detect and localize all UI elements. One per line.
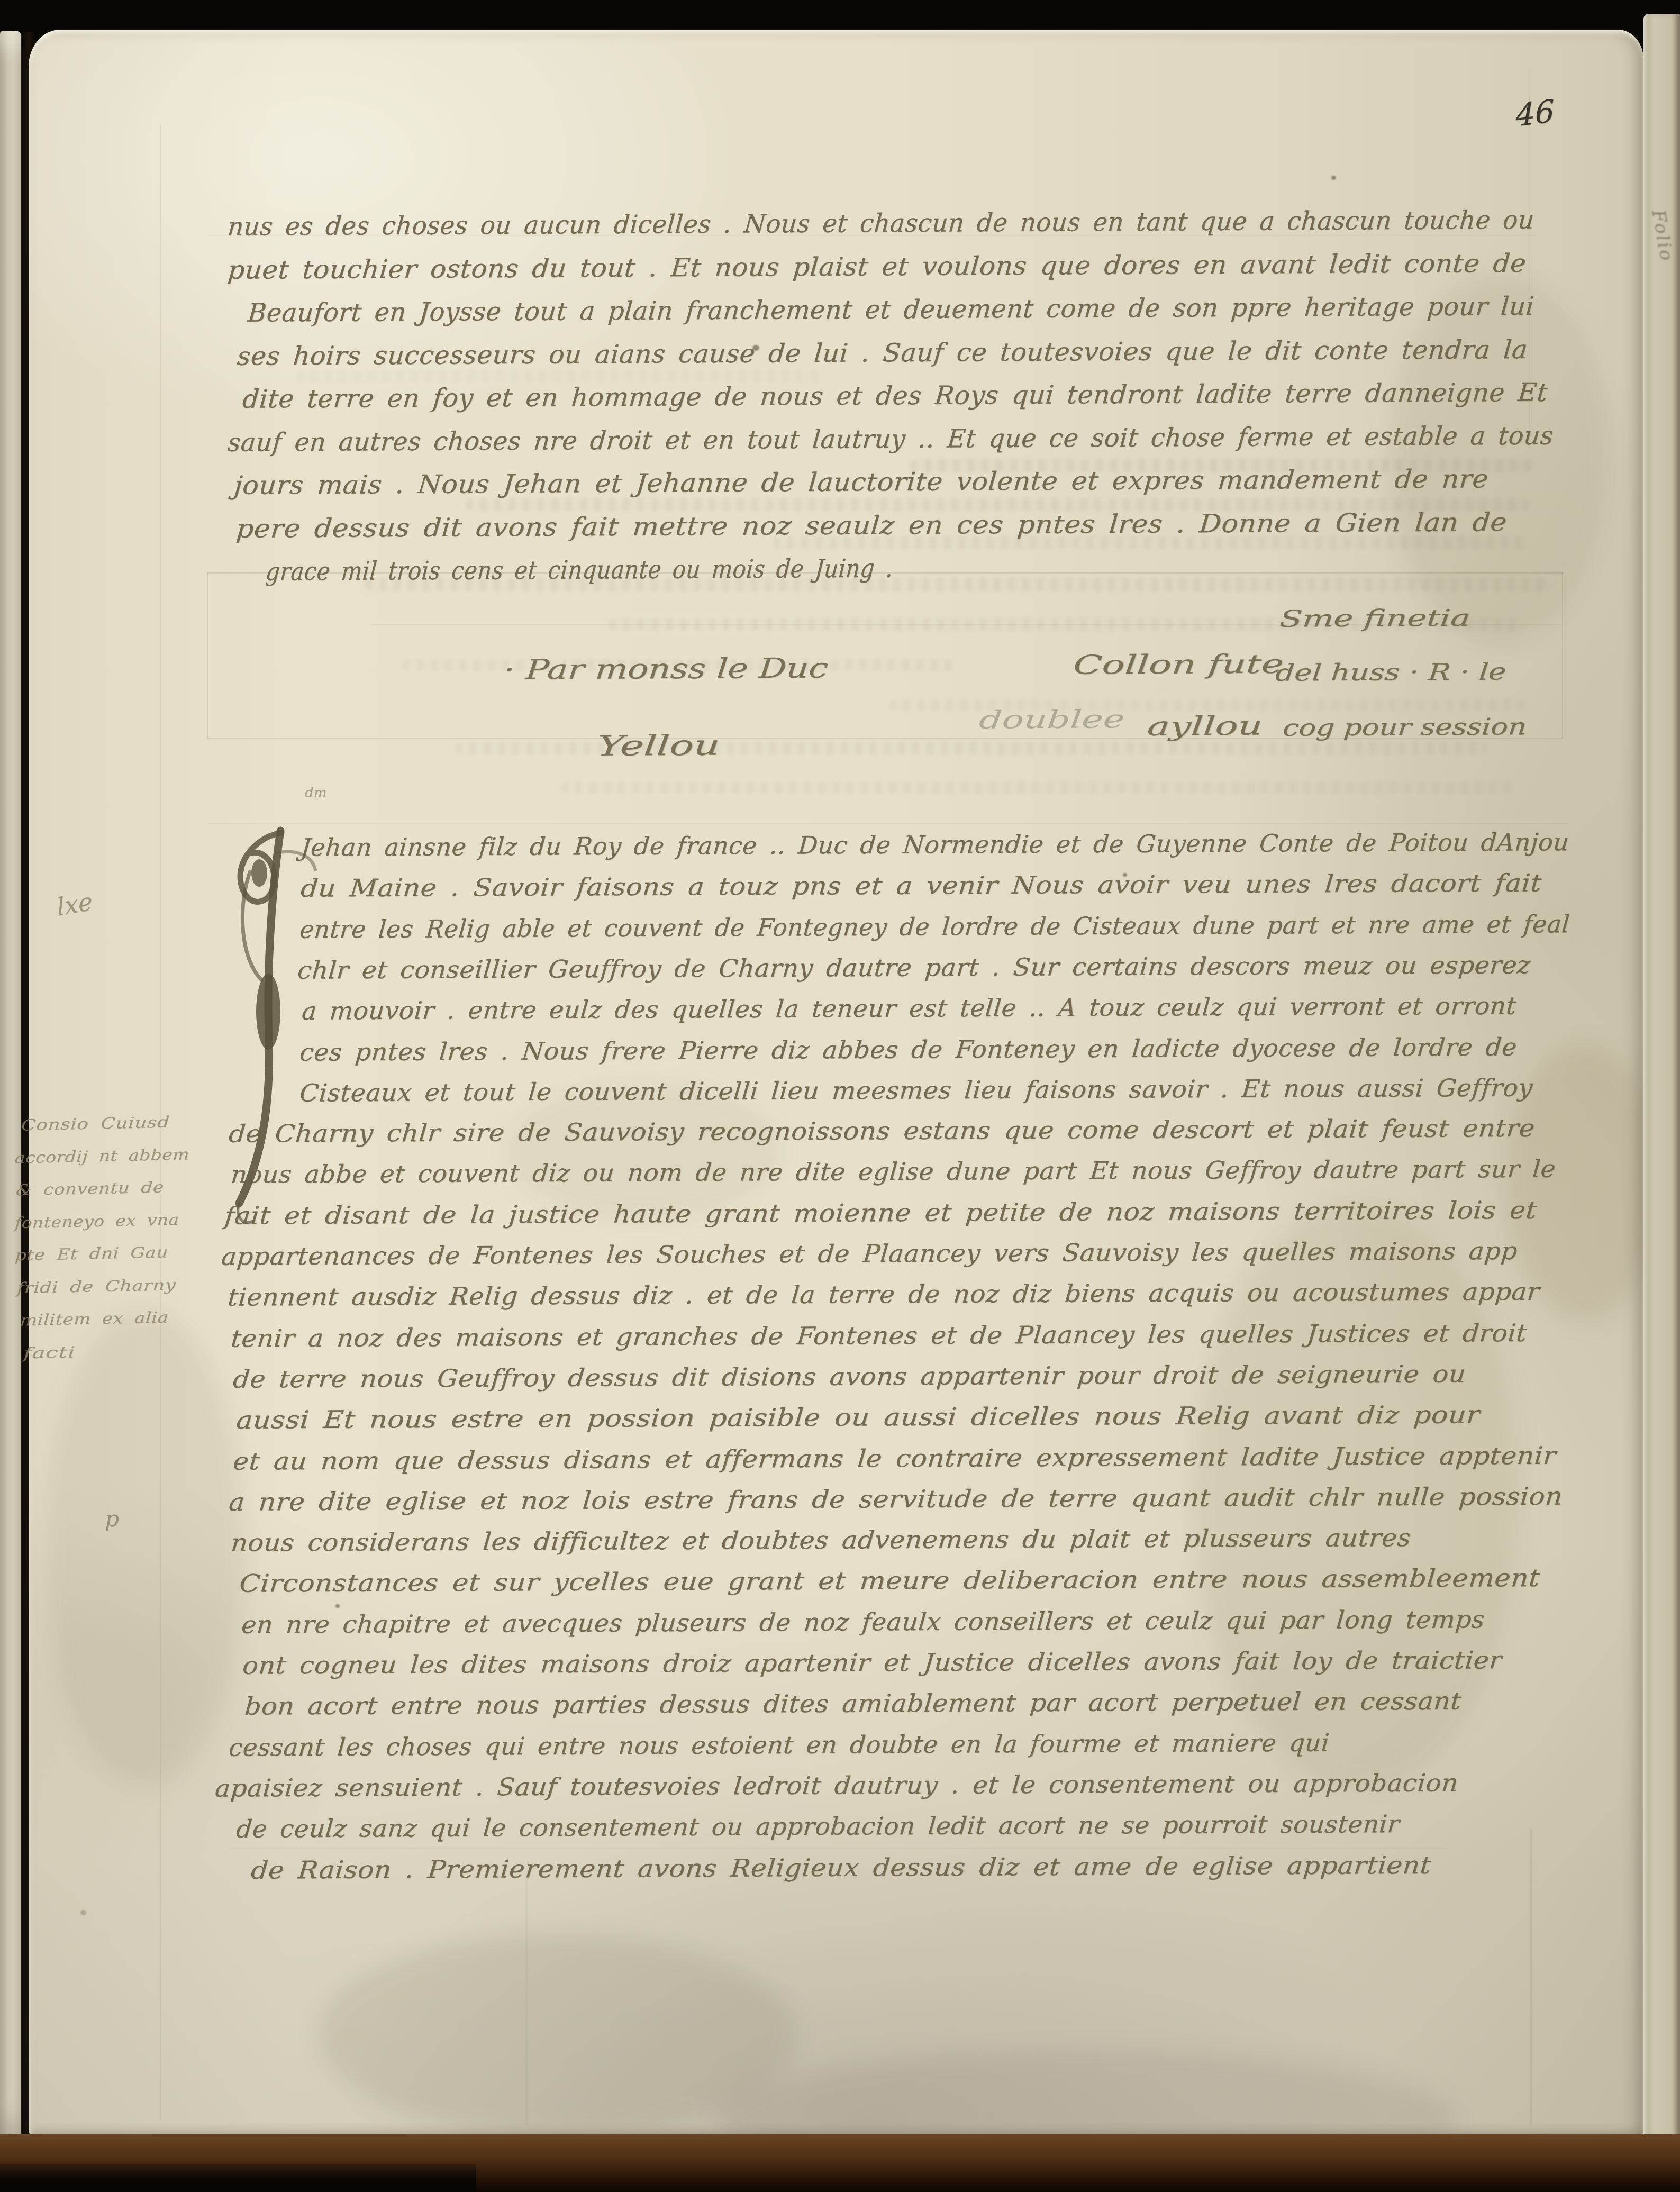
parchment-crease <box>526 1871 528 2125</box>
manuscript-line: puet touchier ostons du tout . Et nous p… <box>226 248 1528 285</box>
manuscript-photo: { "document": { "type": "medieval manusc… <box>0 0 1680 2192</box>
manuscript-line: fait et disant de la justice haute grant… <box>223 1196 1538 1230</box>
chancery-doublee-note: doublee <box>978 705 1125 734</box>
manuscript-line: Jehan ainsne filz du Roy de france .. Du… <box>299 828 1570 862</box>
ruling-line-horizontal <box>230 1848 1447 1849</box>
ruling-box <box>1562 572 1563 739</box>
margin-note-line: Consio Cuiusd <box>21 1114 170 1134</box>
manuscript-line: chlr et conseillier Geuffroy de Charny d… <box>296 951 1532 985</box>
manuscript-line: nus es des choses ou aucun dicelles . No… <box>226 205 1536 242</box>
chancery-right-note-1: Sme finetia <box>1278 604 1472 632</box>
manuscript-line: aussi Et nous estre en possion paisible … <box>235 1401 1481 1435</box>
next-folio-stamp: Folio <box>1647 208 1677 264</box>
binding-shadow <box>0 2164 476 2192</box>
manuscript-page: 46 nus es des choses ou aucun dicelles .… <box>29 30 1643 2138</box>
manuscript-line: du Maine . Savoir faisons a touz pns et … <box>299 869 1543 903</box>
manuscript-line: ses hoirs successeurs ou aians cause de … <box>236 334 1529 371</box>
manuscript-line: nous abbe et couvent diz ou nom de nre d… <box>230 1155 1557 1189</box>
margin-mark-lxe: lxe <box>56 887 94 922</box>
chancery-signature-ayllou: ayllou <box>1146 711 1264 742</box>
manuscript-line: Cisteaux et tout le couvent dicelli lieu… <box>298 1074 1534 1108</box>
chancery-right-note-3: cog pour session <box>1282 713 1528 742</box>
parchment-crease <box>1530 1829 1532 2125</box>
margin-note-line: facti <box>23 1343 76 1362</box>
manuscript-line: ces pntes lres . Nous frere Pierre diz a… <box>298 1033 1518 1067</box>
manuscript-line: a nre dite eglise et noz lois estre fran… <box>228 1482 1564 1517</box>
ink-spot <box>1331 176 1336 180</box>
ruling-box <box>207 572 208 739</box>
manuscript-line: en nre chapitre et avecques pluseurs de … <box>240 1605 1486 1639</box>
manuscript-line: dite terre en foy et en hommage de nous … <box>241 377 1549 414</box>
margin-note-line: pte Et dni Gau <box>14 1244 169 1265</box>
margin-note-line: fridi de Charny <box>16 1276 176 1297</box>
manuscript-line: nous considerans les difficultez et doub… <box>230 1524 1412 1557</box>
showthrough-line <box>561 782 1513 794</box>
showthrough-line <box>296 370 825 382</box>
manuscript-line: tenir a noz des maisons et granches de F… <box>230 1319 1528 1353</box>
manuscript-line: Beaufort en Joysse tout a plain franchem… <box>247 291 1536 328</box>
margin-mark-p: p <box>105 1506 119 1532</box>
margin-note-line: militem ex alia <box>20 1309 169 1330</box>
manuscript-line: de Raison . Premierement avons Religieux… <box>250 1851 1432 1885</box>
parchment-stain <box>44 1310 246 1786</box>
manuscript-line: pere dessus dit avons fait mettre noz se… <box>235 507 1508 543</box>
previous-folio-edge <box>0 31 22 2144</box>
manuscript-line: bon acort entre nous parties dessus dite… <box>243 1687 1463 1721</box>
chancery-collation-note: Collon fute <box>1072 649 1285 680</box>
folio-number: 46 <box>1515 93 1555 133</box>
manuscript-line: appartenances de Fontenes les Souches et… <box>220 1237 1519 1271</box>
manuscript-line: apaisiez sensuient . Sauf toutesvoies le… <box>214 1769 1459 1803</box>
manuscript-line: ont cogneu les dites maisons droiz apart… <box>241 1647 1503 1680</box>
ruling-line-horizontal <box>208 823 1568 824</box>
chancery-signature-yellou: Yellou <box>596 729 721 762</box>
manuscript-line: de ceulz sanz qui le consentement ou app… <box>235 1810 1401 1843</box>
manuscript-line: sauf en autres choses nre droit et en to… <box>226 420 1555 457</box>
manuscript-line: a mouvoir . entre eulz des quelles la te… <box>301 992 1518 1026</box>
ink-spot <box>335 1604 340 1608</box>
ink-spot <box>80 1910 86 1915</box>
chancery-right-note-2: del huss · R · le <box>1274 658 1507 687</box>
manuscript-line: tiennent ausdiz Relig dessus diz . et de… <box>226 1278 1541 1312</box>
manuscript-line: cessant les choses qui entre nous estoie… <box>228 1729 1330 1762</box>
next-folio-edge: Folio <box>1643 14 1680 2141</box>
manuscript-line: Circonstances et sur ycelles eue grant e… <box>238 1565 1541 1598</box>
manuscript-line: de terre nous Geuffroy dessus dit dision… <box>232 1360 1467 1394</box>
chancery-par-monseigneur: · Par monss le Duc <box>503 652 829 686</box>
margin-note-line: fonteneyo ex vna <box>14 1211 180 1232</box>
manuscript-line: grace mil trois cens et cinquante ou moi… <box>265 553 894 587</box>
margin-note-line: accordij nt abbem <box>14 1145 190 1167</box>
margin-note-line: & conventu de <box>15 1179 165 1199</box>
manuscript-line: jours mais . Nous Jehan et Jehanne de la… <box>233 463 1490 500</box>
manuscript-line: et au nom que dessus disans et affermans… <box>232 1441 1557 1475</box>
heading-mark: dm <box>305 785 326 801</box>
manuscript-line: entre les Relig able et couvent de Fonte… <box>298 910 1570 944</box>
manuscript-line: de Charny chlr sire de Sauvoisy recognoi… <box>228 1114 1536 1148</box>
